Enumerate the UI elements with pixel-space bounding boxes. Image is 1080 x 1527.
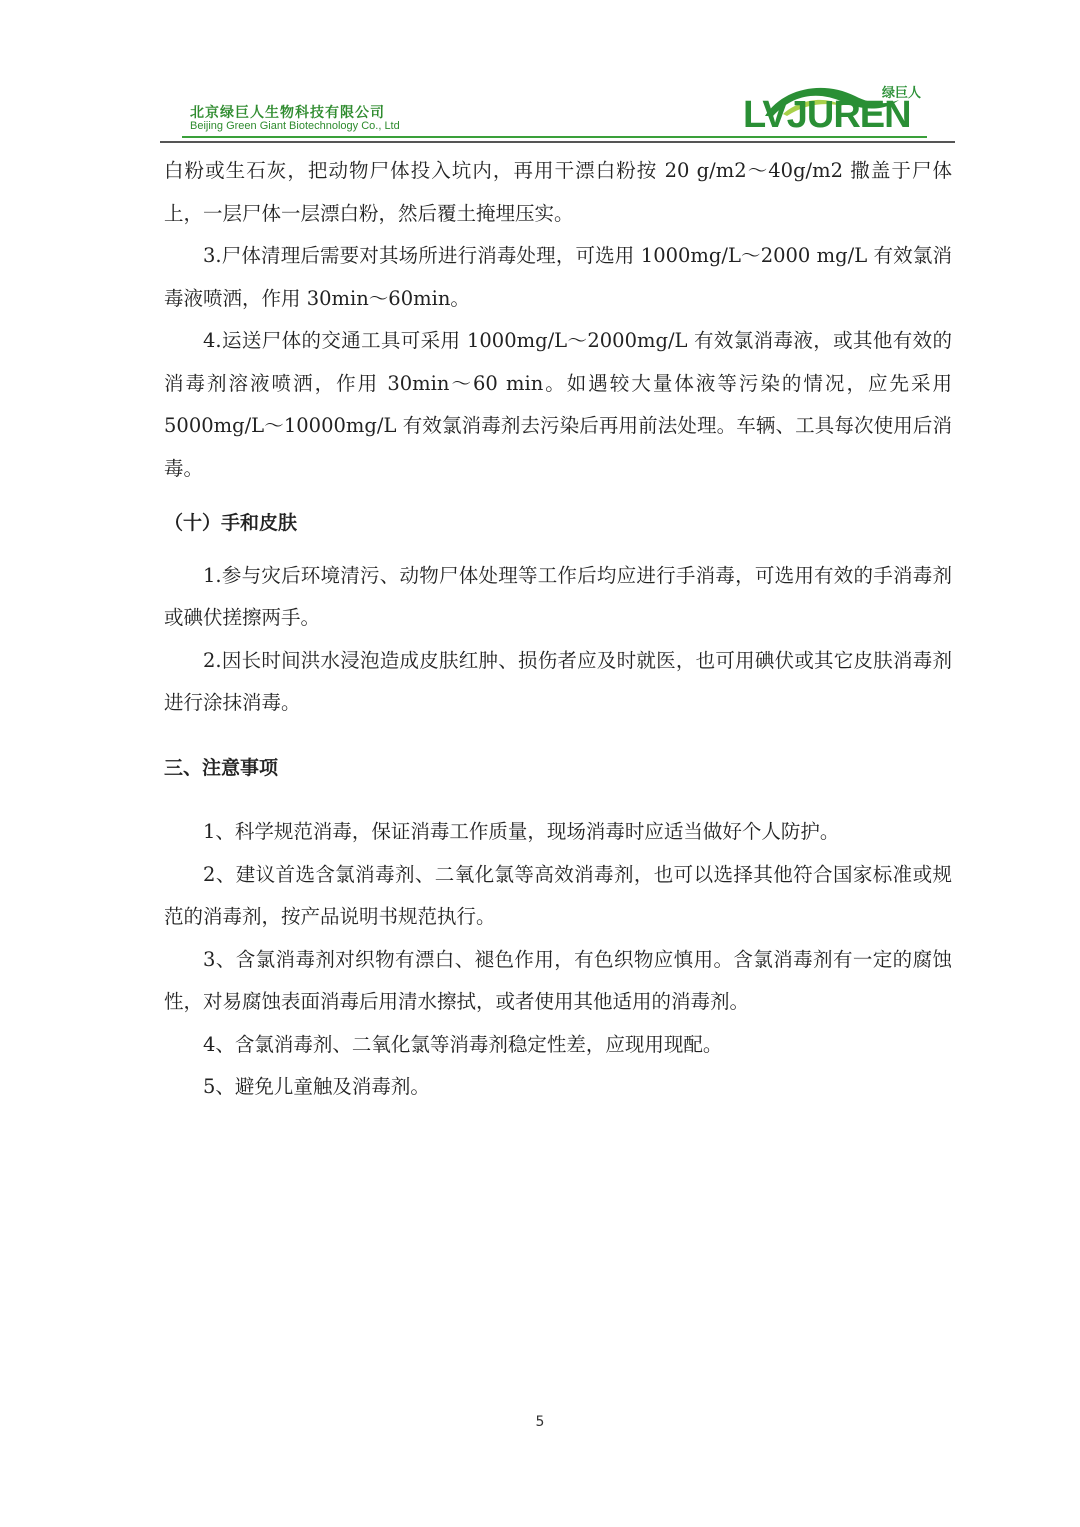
company-name-en: Beijing Green Giant Biotechnology Co., L… [190, 120, 400, 132]
company-logo: 绿巨人 LVJUREN [743, 78, 923, 134]
note-item: 5、避免儿童触及消毒剂。 [164, 1066, 952, 1109]
document-body: 白粉或生石灰，把动物尸体投入坑内，再用干漂白粉按 20 g/m2～40g/m2 … [164, 150, 952, 1109]
page-header: 北京绿巨人生物科技有限公司 Beijing Green Giant Biotec… [160, 78, 955, 144]
note-item: 4、含氯消毒剂、二氧化氯等消毒剂稳定性差，应现用现配。 [164, 1024, 952, 1067]
section-title-hands-skin: （十）手和皮肤 [164, 502, 952, 545]
paragraph-skin-treatment: 2.因长时间洪水浸泡造成皮肤红肿、损伤者应及时就医，也可用碘伏或其它皮肤消毒剂进… [164, 640, 952, 725]
section-title-precautions: 三、注意事项 [164, 747, 952, 790]
header-rule-gray [160, 141, 955, 143]
paragraph-hand-disinfection: 1.参与灾后环境清污、动物尸体处理等工作后均应进行手消毒，可选用有效的手消毒剂或… [164, 555, 952, 640]
note-item: 2、建议首选含氯消毒剂、二氧化氯等高效消毒剂，也可以选择其他符合国家标准或规范的… [164, 854, 952, 939]
paragraph-burial: 白粉或生石灰，把动物尸体投入坑内，再用干漂白粉按 20 g/m2～40g/m2 … [164, 150, 952, 235]
note-item: 1、科学规范消毒，保证消毒工作质量，现场消毒时应适当做好个人防护。 [164, 811, 952, 854]
header-rule-green [182, 136, 927, 138]
company-name-cn: 北京绿巨人生物科技有限公司 [190, 102, 385, 122]
paragraph-site-disinfection: 3.尸体清理后需要对其场所进行消毒处理，可选用 1000mg/L～2000 mg… [164, 235, 952, 320]
logo-text: LVJUREN [743, 96, 911, 134]
paragraph-vehicle-disinfection: 4.运送尸体的交通工具可采用 1000mg/L～2000mg/L 有效氯消毒液，… [164, 320, 952, 490]
note-item: 3、含氯消毒剂对织物有漂白、褪色作用，有色织物应慎用。含氯消毒剂有一定的腐蚀性，… [164, 939, 952, 1024]
page-number: 5 [0, 1414, 1080, 1430]
